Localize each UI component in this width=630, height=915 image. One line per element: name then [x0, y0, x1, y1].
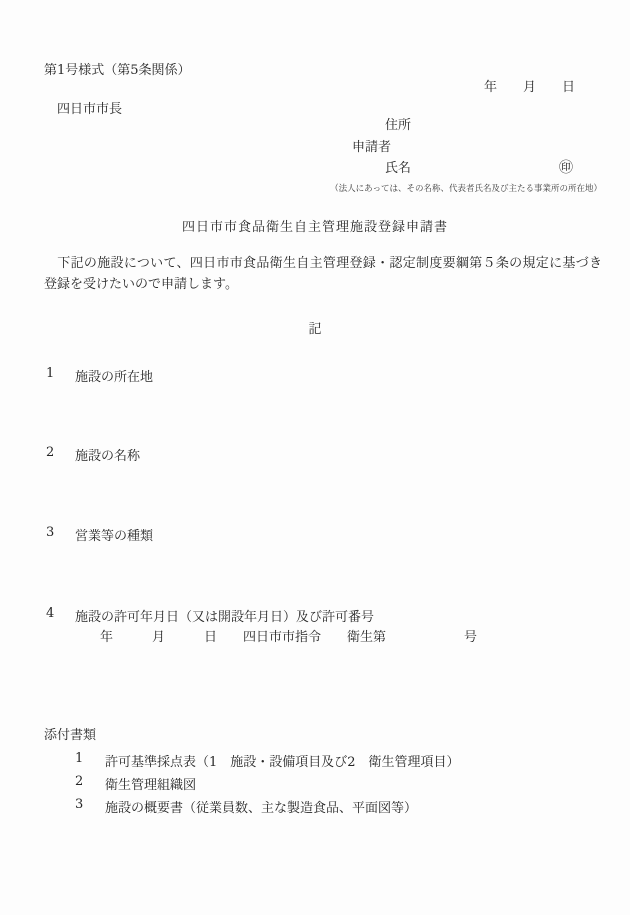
- seal-icon: ㊞: [559, 160, 573, 177]
- application-form-page: 第1号様式（第5条関係） 年 月 日 四日市市長 住所 申請者 氏名 ㊞ （法人…: [0, 0, 630, 915]
- record-marker: 記: [0, 322, 630, 338]
- item-facility-name: 2 施設の名称: [46, 445, 140, 464]
- attachment-item-org-chart: 2 衛生管理組織図: [75, 774, 196, 793]
- item-number: 4: [46, 606, 75, 625]
- attachment-item-facility-overview: 3 施設の概要書（従業員数、主な製造食品、平面図等）: [75, 797, 417, 816]
- item-label: 施設の所在地: [75, 366, 153, 385]
- date-line: 年 月 日: [484, 80, 575, 96]
- addressee: 四日市市長: [57, 102, 122, 118]
- item-permit-date-number: 4 施設の許可年月日（又は開設年月日）及び許可番号: [46, 606, 374, 625]
- item-label: 営業等の種類: [75, 525, 153, 544]
- address-label: 住所: [385, 118, 411, 134]
- attachment-number: 1: [75, 751, 105, 770]
- corporate-note: （法人にあっては、その名称、代表者氏名及び主たる事業所の所在地）: [330, 182, 602, 194]
- name-label: 氏名: [385, 161, 411, 177]
- body-paragraph: 下記の施設について、四日市市食品衛生自主管理登録・認定制度要綱第５条の規定に基づ…: [44, 253, 602, 295]
- attachment-number: 2: [75, 774, 105, 793]
- item-label: 施設の許可年月日（又は開設年月日）及び許可番号: [75, 606, 374, 625]
- attachment-label: 衛生管理組織図: [105, 774, 196, 793]
- item-number: 2: [46, 445, 75, 464]
- permit-date-detail: 年 月 日 四日市市指令 衛生第 号: [100, 630, 477, 646]
- document-title: 四日市市食品衛生自主管理施設登録申請書: [0, 220, 630, 236]
- attachment-label: 許可基準採点表（1 施設・設備項目及び2 衛生管理項目）: [105, 751, 460, 770]
- attachment-label: 施設の概要書（従業員数、主な製造食品、平面図等）: [105, 797, 417, 816]
- applicant-label: 申請者: [352, 140, 391, 156]
- item-label: 施設の名称: [75, 445, 140, 464]
- attachment-item-scoring-table: 1 許可基準採点表（1 施設・設備項目及び2 衛生管理項目）: [75, 751, 460, 770]
- attachments-heading: 添付書類: [44, 728, 96, 744]
- attachment-number: 3: [75, 797, 105, 816]
- item-facility-location: 1 施設の所在地: [46, 366, 153, 385]
- form-number: 第1号様式（第5条関係）: [44, 63, 191, 79]
- item-number: 1: [46, 366, 75, 385]
- item-number: 3: [46, 525, 75, 544]
- item-business-type: 3 営業等の種類: [46, 525, 153, 544]
